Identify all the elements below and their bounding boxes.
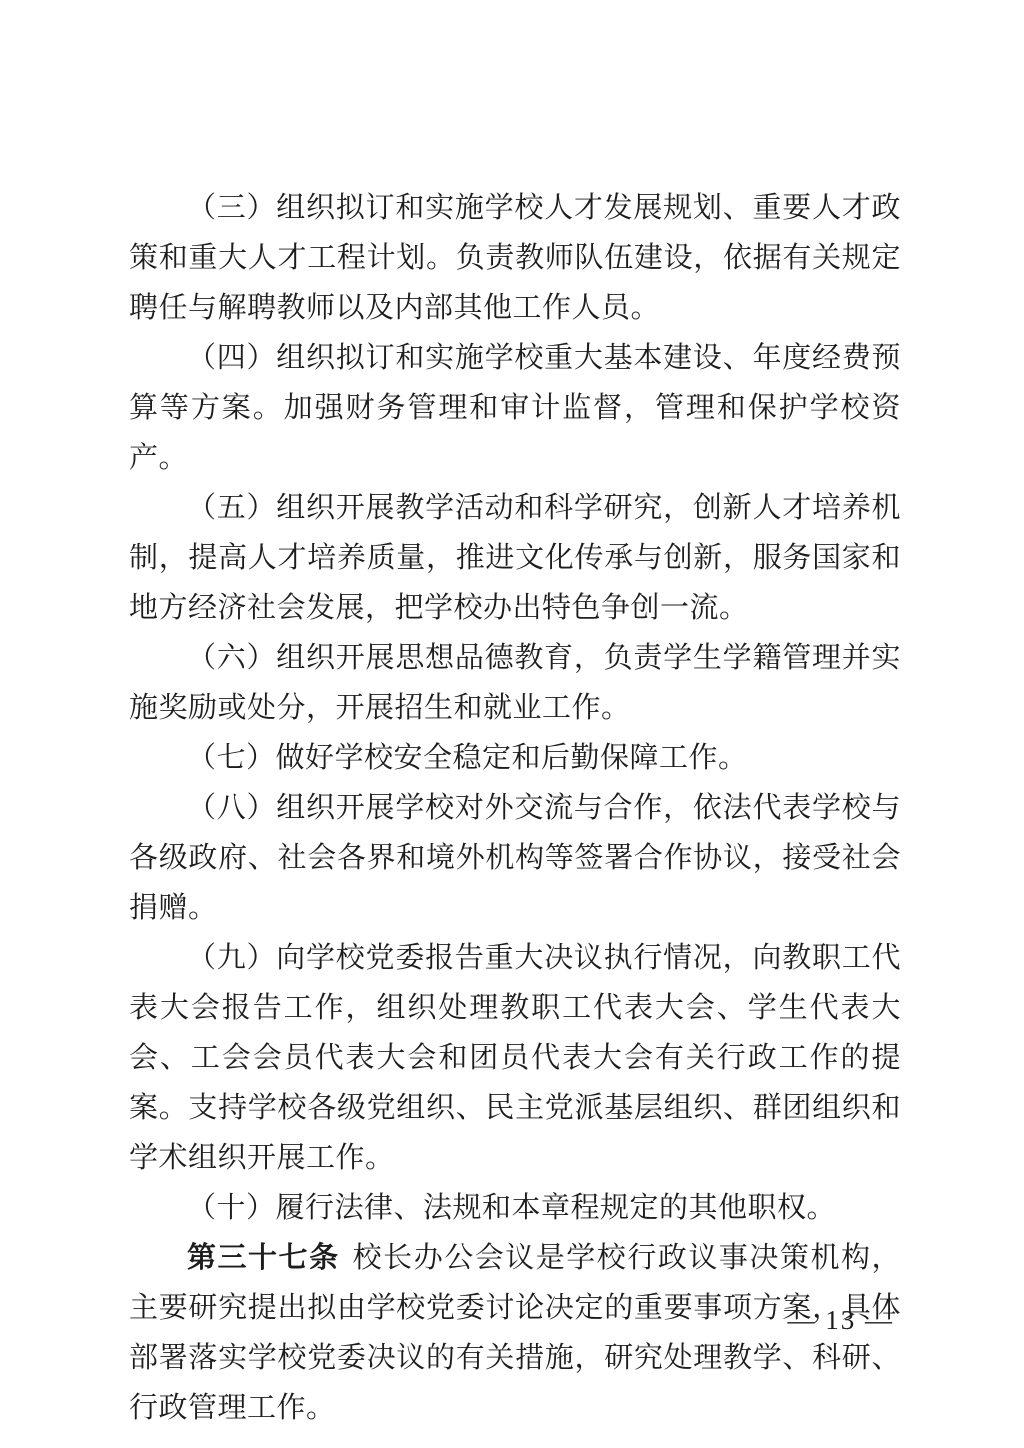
paragraph-item-8: （八）组织开展学校对外交流与合作，依法代表学校与各级政府、社会各界和境外机构等签… (129, 783, 901, 933)
paragraph-item-6: （六）组织开展思想品德教育，负责学生学籍管理并实施奖励或处分，开展招生和就业工作… (129, 633, 901, 733)
document-body: （三）组织拟订和实施学校人才发展规划、重要人才政策和重大人才工程计划。负责教师队… (129, 183, 901, 1433)
paragraph-item-9: （九）向学校党委报告重大决议执行情况，向教职工代表大会报告工作，组织处理教职工代… (129, 933, 901, 1183)
paragraph-item-5: （五）组织开展教学活动和科学研究，创新人才培养机制，提高人才培养质量，推进文化传… (129, 483, 901, 633)
paragraph-item-10: （十）履行法律、法规和本章程规定的其他职权。 (129, 1183, 901, 1233)
article-number: 第三十七条 (187, 1242, 340, 1274)
paragraph-item-3: （三）组织拟订和实施学校人才发展规划、重要人才政策和重大人才工程计划。负责教师队… (129, 183, 901, 333)
document-page: （三）组织拟订和实施学校人才发展规划、重要人才政策和重大人才工程计划。负责教师队… (0, 0, 1024, 1448)
page-number: — 13 — (788, 1303, 895, 1337)
paragraph-item-7: （七）做好学校安全稳定和后勤保障工作。 (129, 733, 901, 783)
paragraph-article-37: 第三十七条校长办公会议是学校行政议事决策机构，主要研究提出拟由学校党委讨论决定的… (129, 1233, 901, 1433)
paragraph-item-4: （四）组织拟订和实施学校重大基本建设、年度经费预算等方案。加强财务管理和审计监督… (129, 333, 901, 483)
